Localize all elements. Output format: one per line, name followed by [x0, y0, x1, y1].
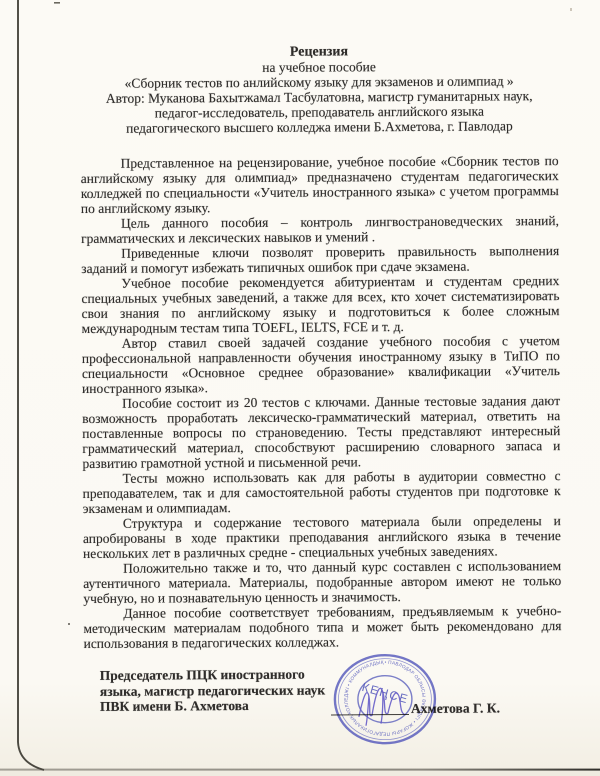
body-paragraph: Данное пособие соответствует требованиям… [83, 603, 561, 651]
review-text: Представленное на рецензирование, учебно… [81, 153, 562, 651]
author-line: Автор: Муканова Бахытжамал Тасбулатовна,… [80, 88, 558, 106]
body-paragraph: Приведенные ключи позволят проверить пра… [81, 243, 559, 276]
body-paragraph: Автор ставил своей задачей создание учеб… [82, 333, 560, 396]
body-paragraph: Положительно также и то, что данный курс… [83, 558, 561, 606]
document-header: Рецензия на учебное пособие «Сборник тес… [80, 43, 559, 136]
body-paragraph: Цель данного пособия – контроль лингвост… [81, 213, 559, 246]
body-paragraph: Представленное на рецензирование, учебно… [81, 153, 559, 216]
body-paragraph: Учебное пособие рекомендуется абитуриент… [81, 273, 559, 336]
institution-line: педагогического высшего колледжа имени Б… [80, 118, 558, 136]
document-content: Рецензия на учебное пособие «Сборник тес… [0, 0, 600, 776]
body-paragraph: Структура и содержание тестового материа… [83, 513, 561, 561]
body-paragraph: Тесты можно использовать как для работы … [83, 468, 561, 516]
body-paragraph: Пособие состоит из 20 тестов с ключами. … [82, 393, 560, 471]
signature-block: Председатель ПЦК иностранного языка, маг… [84, 665, 565, 772]
scanned-document-page: { "document": { "kind": "Рецензия (отзыв… [0, 0, 600, 776]
official-stamp: • ПАВЛОДАР ОБЛЫСЫ ӘКІМДІГІ • ЖОҒАРЫ ПЕДА… [332, 652, 439, 749]
